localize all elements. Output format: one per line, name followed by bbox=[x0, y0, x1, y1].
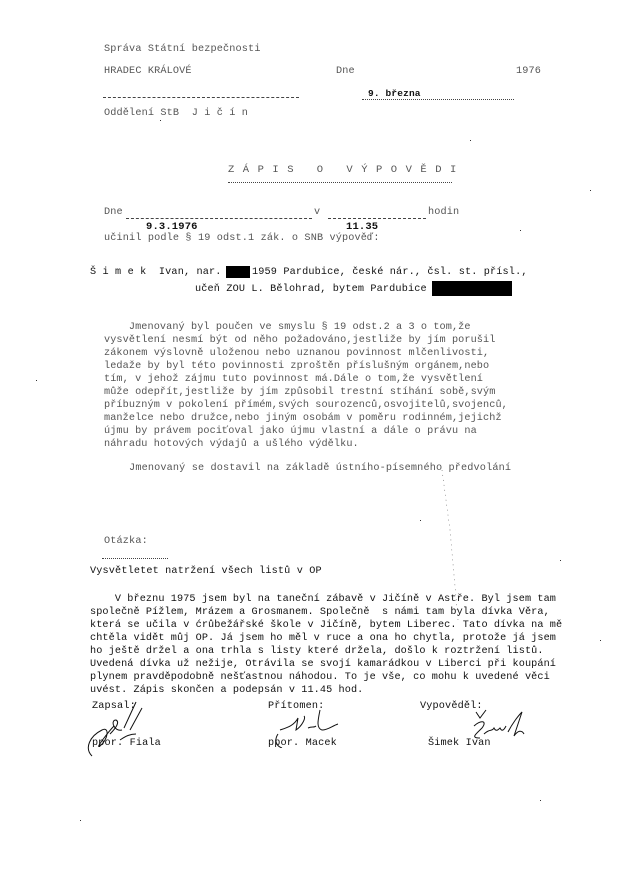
statement-line: společně Pížlem, Mrázem a Grosmanem. Spo… bbox=[90, 607, 550, 619]
scan-speck bbox=[36, 380, 37, 381]
paragraph-line: ledaže by byl této povinnosti zproštěn p… bbox=[104, 361, 489, 373]
statement-line: uvést. Zápis skončen a podepsán v 11.45 … bbox=[90, 685, 363, 697]
header-city: HRADEC KRÁLOVÉ bbox=[104, 66, 192, 78]
intro-time-value: 11.35 bbox=[346, 221, 378, 233]
intro-time-line bbox=[328, 218, 426, 219]
paragraph-line: tím, v jehož zájmu tuto povinnost má.Dál… bbox=[104, 374, 483, 386]
header-year: 1976 bbox=[516, 66, 541, 78]
scan-speck bbox=[80, 820, 81, 821]
testimony-document-page: Správa Státní bezpečnosti HRADEC KRÁLOVÉ… bbox=[0, 0, 622, 886]
redaction-birthdate bbox=[226, 266, 250, 278]
scan-speck bbox=[520, 230, 521, 231]
subject-line-1-rest: 1959 Pardubice, české nár., čsl. st. pří… bbox=[252, 267, 528, 279]
header-authority: Správa Státní bezpečnosti bbox=[104, 44, 261, 56]
statement-line: Uvedená dívka už nežije, Otrávila se svo… bbox=[90, 659, 556, 671]
subject-name: Š i m e k Ivan, nar. bbox=[90, 267, 222, 279]
header-department: Oddělení StB J i č í n bbox=[104, 108, 248, 120]
paragraph-line: může odepřít,jestliže by jím způsobil tr… bbox=[104, 387, 495, 399]
redaction-address bbox=[432, 281, 512, 296]
header-divider bbox=[103, 97, 299, 98]
paragraph-line: újmu by právem pociťoval jako újmu vlast… bbox=[104, 426, 477, 438]
intro-at-label: v bbox=[314, 207, 320, 219]
paragraph-line: náhradu hotových výdajů a ušlého výdělku… bbox=[104, 439, 359, 451]
statement-line: plynem pravděpodobně nešťastnou náhodou.… bbox=[90, 672, 550, 684]
statement-line: chtěla vidět můj OP. Já jsem ho měl v ru… bbox=[90, 633, 556, 645]
paragraph-line: zákonem výslovně uloženou nebo uznanou p… bbox=[104, 348, 489, 360]
intro-date-label: Dne bbox=[104, 207, 123, 219]
signature-present-name: ppor. Macek bbox=[268, 738, 337, 750]
signature-recorded-name: ppor. Fiala bbox=[92, 738, 161, 750]
scan-speck bbox=[560, 560, 561, 561]
signature-witness-name: Šimek Ivan bbox=[428, 738, 491, 750]
scan-speck bbox=[590, 190, 591, 191]
question-text: Vysvětletet natržení všech listů v OP bbox=[90, 566, 322, 578]
paragraph-line: Jmenovaný byl poučen ve smyslu § 19 odst… bbox=[104, 322, 471, 334]
scan-artifact-line bbox=[440, 470, 470, 620]
handwritten-signature-recorder bbox=[80, 700, 160, 764]
header-date-line bbox=[362, 99, 514, 100]
questions-label: Otázka: bbox=[104, 536, 148, 548]
statement-line: V březnu 1975 jsem byl na taneční zábavě… bbox=[90, 594, 556, 606]
scan-speck bbox=[420, 520, 421, 521]
paragraph-line: příbuzným v pokolení přímém,svých souroz… bbox=[104, 400, 508, 412]
document-title: ZÁPIS O VÝPOVĚDI bbox=[228, 164, 465, 176]
paragraph-line: vysvětlení nesmí být od něho požadováno,… bbox=[104, 335, 495, 347]
intro-line-2: učinil podle § 19 odst.1 zák. o SNB výpo… bbox=[104, 233, 380, 245]
intro-hours-label: hodin bbox=[428, 207, 459, 219]
intro-date-value: 9.3.1976 bbox=[146, 221, 198, 233]
statement-line: ho ještě držel a ona trhla s listy které… bbox=[90, 646, 544, 658]
scan-speck bbox=[540, 800, 541, 801]
subject-line-2: učeň ZOU L. Bělohrad, bytem Pardubice bbox=[195, 284, 427, 296]
scan-speck bbox=[160, 120, 161, 121]
title-underline bbox=[228, 182, 452, 183]
statement-line: která se učila v ćrůbežářské škole v Jič… bbox=[90, 620, 562, 632]
scan-speck bbox=[600, 640, 601, 641]
scan-speck bbox=[470, 140, 471, 141]
intro-date-line bbox=[126, 218, 312, 219]
header-date-label: Dne bbox=[336, 66, 355, 78]
questions-underline bbox=[102, 558, 168, 559]
paragraph-line: manželce nebo družce,nebo jiným osobám v… bbox=[104, 413, 502, 425]
